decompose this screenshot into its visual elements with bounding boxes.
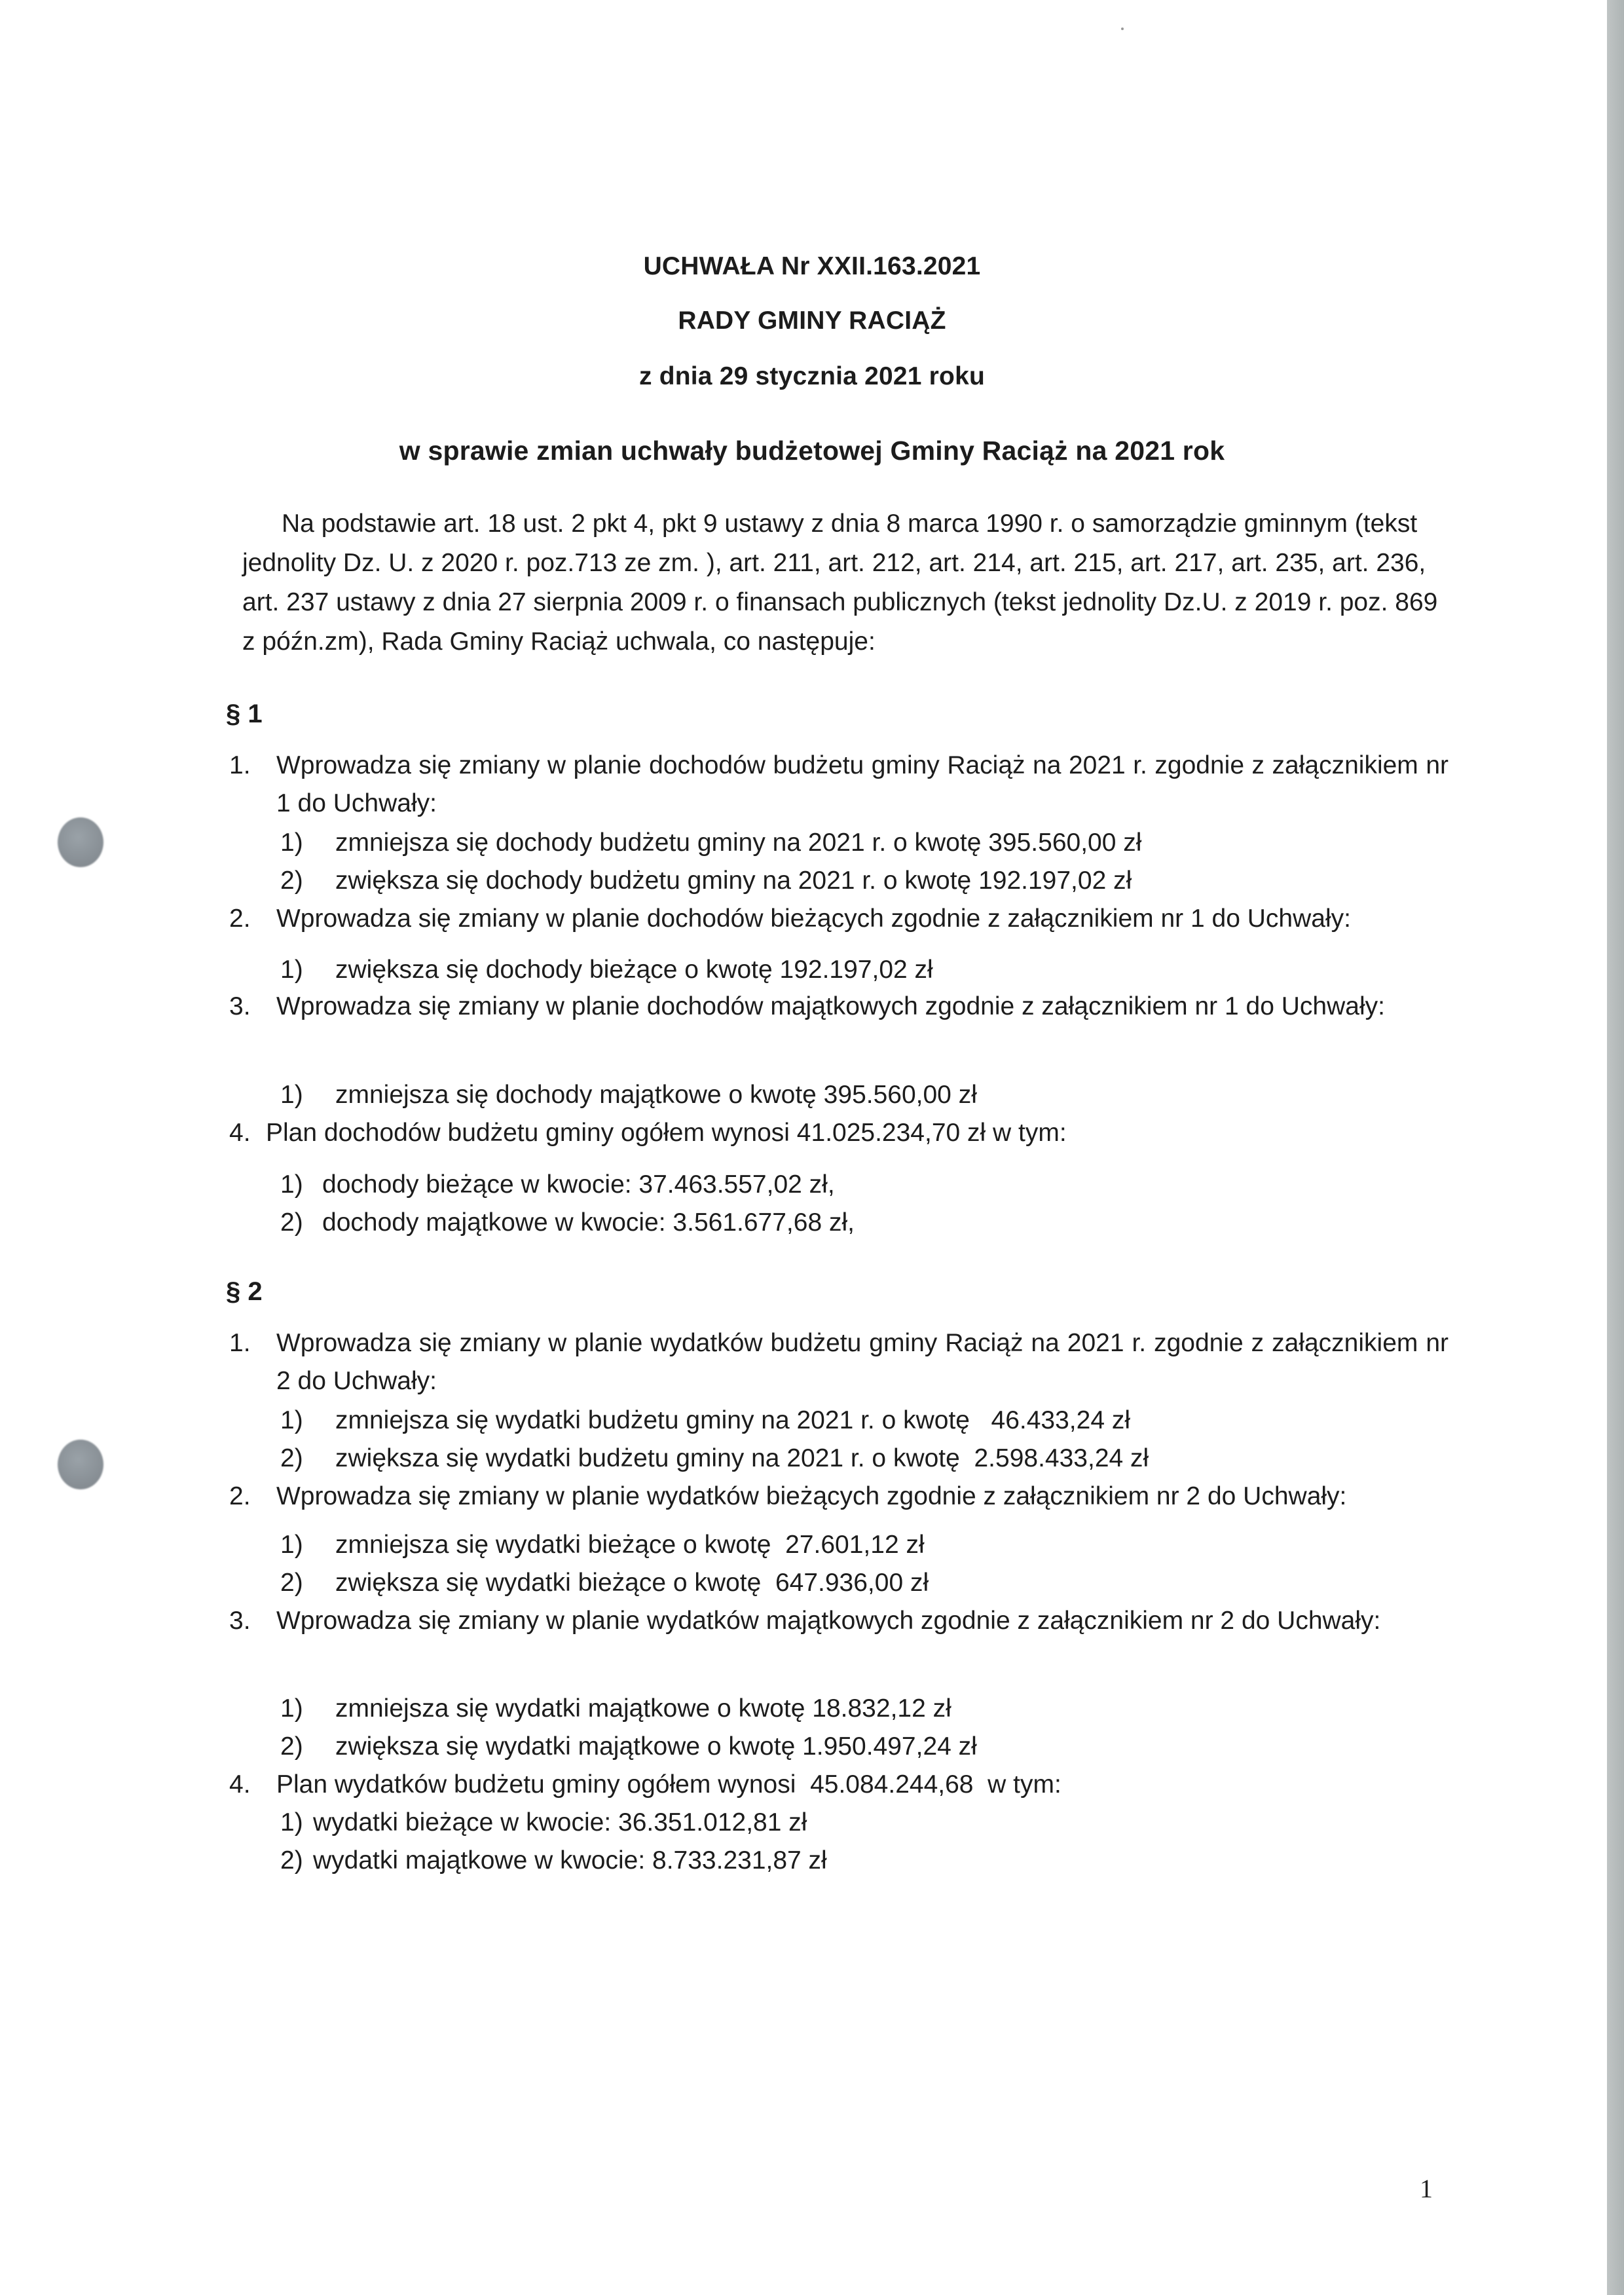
council-name: RADY GMINY RACIĄŻ	[0, 307, 1624, 335]
subitem-number: 1)	[280, 1076, 303, 1114]
subitem-number: 2)	[280, 1842, 303, 1880]
item-number: 3.	[229, 988, 251, 1026]
subitem-text: zwiększa się wydatki bieżące o kwotę 647…	[335, 1564, 929, 1602]
item-text: Wprowadza się zmiany w planie wydatków m…	[276, 1602, 1449, 1640]
item-number: 1.	[229, 747, 251, 785]
subitem-number: 2)	[280, 862, 303, 900]
subitem-text: wydatki bieżące w kwocie: 36.351.012,81 …	[313, 1804, 807, 1842]
subitem-text: zwiększa się dochody budżetu gminy na 20…	[335, 862, 1132, 900]
item-number: 2.	[229, 900, 251, 938]
subitem-number: 1)	[280, 1804, 303, 1842]
section-2-mark: § 2	[226, 1277, 263, 1307]
page-number: 1	[1420, 2173, 1433, 2204]
subitem-number: 2)	[280, 1440, 303, 1478]
item-text: Wprowadza się zmiany w planie wydatków b…	[276, 1478, 1449, 1516]
subitem-text: zwiększa się wydatki budżetu gminy na 20…	[335, 1440, 1149, 1478]
resolution-title: UCHWAŁA Nr XXII.163.2021	[0, 252, 1624, 281]
subitem-number: 1)	[280, 951, 303, 989]
subitem-text: zmniejsza się wydatki budżetu gminy na 2…	[335, 1402, 1130, 1440]
section-1-mark: § 1	[226, 700, 263, 729]
subitem-text: zwiększa się wydatki majątkowe o kwotę 1…	[335, 1728, 977, 1766]
subitem-number: 1)	[280, 1690, 303, 1728]
item-text: Wprowadza się zmiany w planie wydatków b…	[276, 1324, 1449, 1400]
subitem-text: zmniejsza się wydatki bieżące o kwotę 27…	[335, 1526, 925, 1564]
subitem-text: dochody majątkowe w kwocie: 3.561.677,68…	[322, 1204, 855, 1242]
item-number: 2.	[229, 1478, 251, 1516]
item-number: 1.	[229, 1324, 251, 1362]
subitem-number: 1)	[280, 1526, 303, 1564]
subitem-text: zmniejsza się dochody budżetu gminy na 2…	[335, 824, 1141, 862]
subitem-number: 2)	[280, 1204, 303, 1242]
subitem-text: zmniejsza się dochody majątkowe o kwotę …	[335, 1076, 977, 1114]
item-number: 4.	[229, 1766, 251, 1804]
item-text: Plan wydatków budżetu gminy ogółem wynos…	[276, 1766, 1449, 1804]
scanner-edge-strip	[1607, 0, 1624, 2295]
subitem-text: zmniejsza się wydatki majątkowe o kwotę …	[335, 1690, 951, 1728]
item-text: Wprowadza się zmiany w planie dochodów b…	[276, 900, 1449, 938]
subitem-number: 2)	[280, 1564, 303, 1602]
subitem-text: zwiększa się dochody bieżące o kwotę 192…	[335, 951, 933, 989]
subitem-number: 2)	[280, 1728, 303, 1766]
item-number: 3.	[229, 1602, 251, 1640]
subitem-number: 1)	[280, 1402, 303, 1440]
punch-hole-top	[58, 817, 103, 867]
item-text: Plan dochodów budżetu gminy ogółem wynos…	[266, 1114, 1438, 1152]
legal-basis-paragraph: Na podstawie art. 18 ust. 2 pkt 4, pkt 9…	[242, 504, 1454, 662]
subitem-number: 1)	[280, 1166, 303, 1204]
subitem-text: wydatki majątkowe w kwocie: 8.733.231,87…	[313, 1842, 827, 1880]
subitem-number: 1)	[280, 824, 303, 862]
punch-hole-bottom	[58, 1440, 103, 1489]
item-text: Wprowadza się zmiany w planie dochodów m…	[276, 988, 1449, 1026]
subitem-text: dochody bieżące w kwocie: 37.463.557,02 …	[322, 1166, 835, 1204]
item-number: 4.	[229, 1114, 251, 1152]
item-text: Wprowadza się zmiany w planie dochodów b…	[276, 747, 1449, 823]
resolution-subject: w sprawie zmian uchwały budżetowej Gminy…	[0, 436, 1624, 466]
resolution-date: z dnia 29 stycznia 2021 roku	[0, 362, 1624, 391]
scan-speck	[1121, 28, 1124, 30]
